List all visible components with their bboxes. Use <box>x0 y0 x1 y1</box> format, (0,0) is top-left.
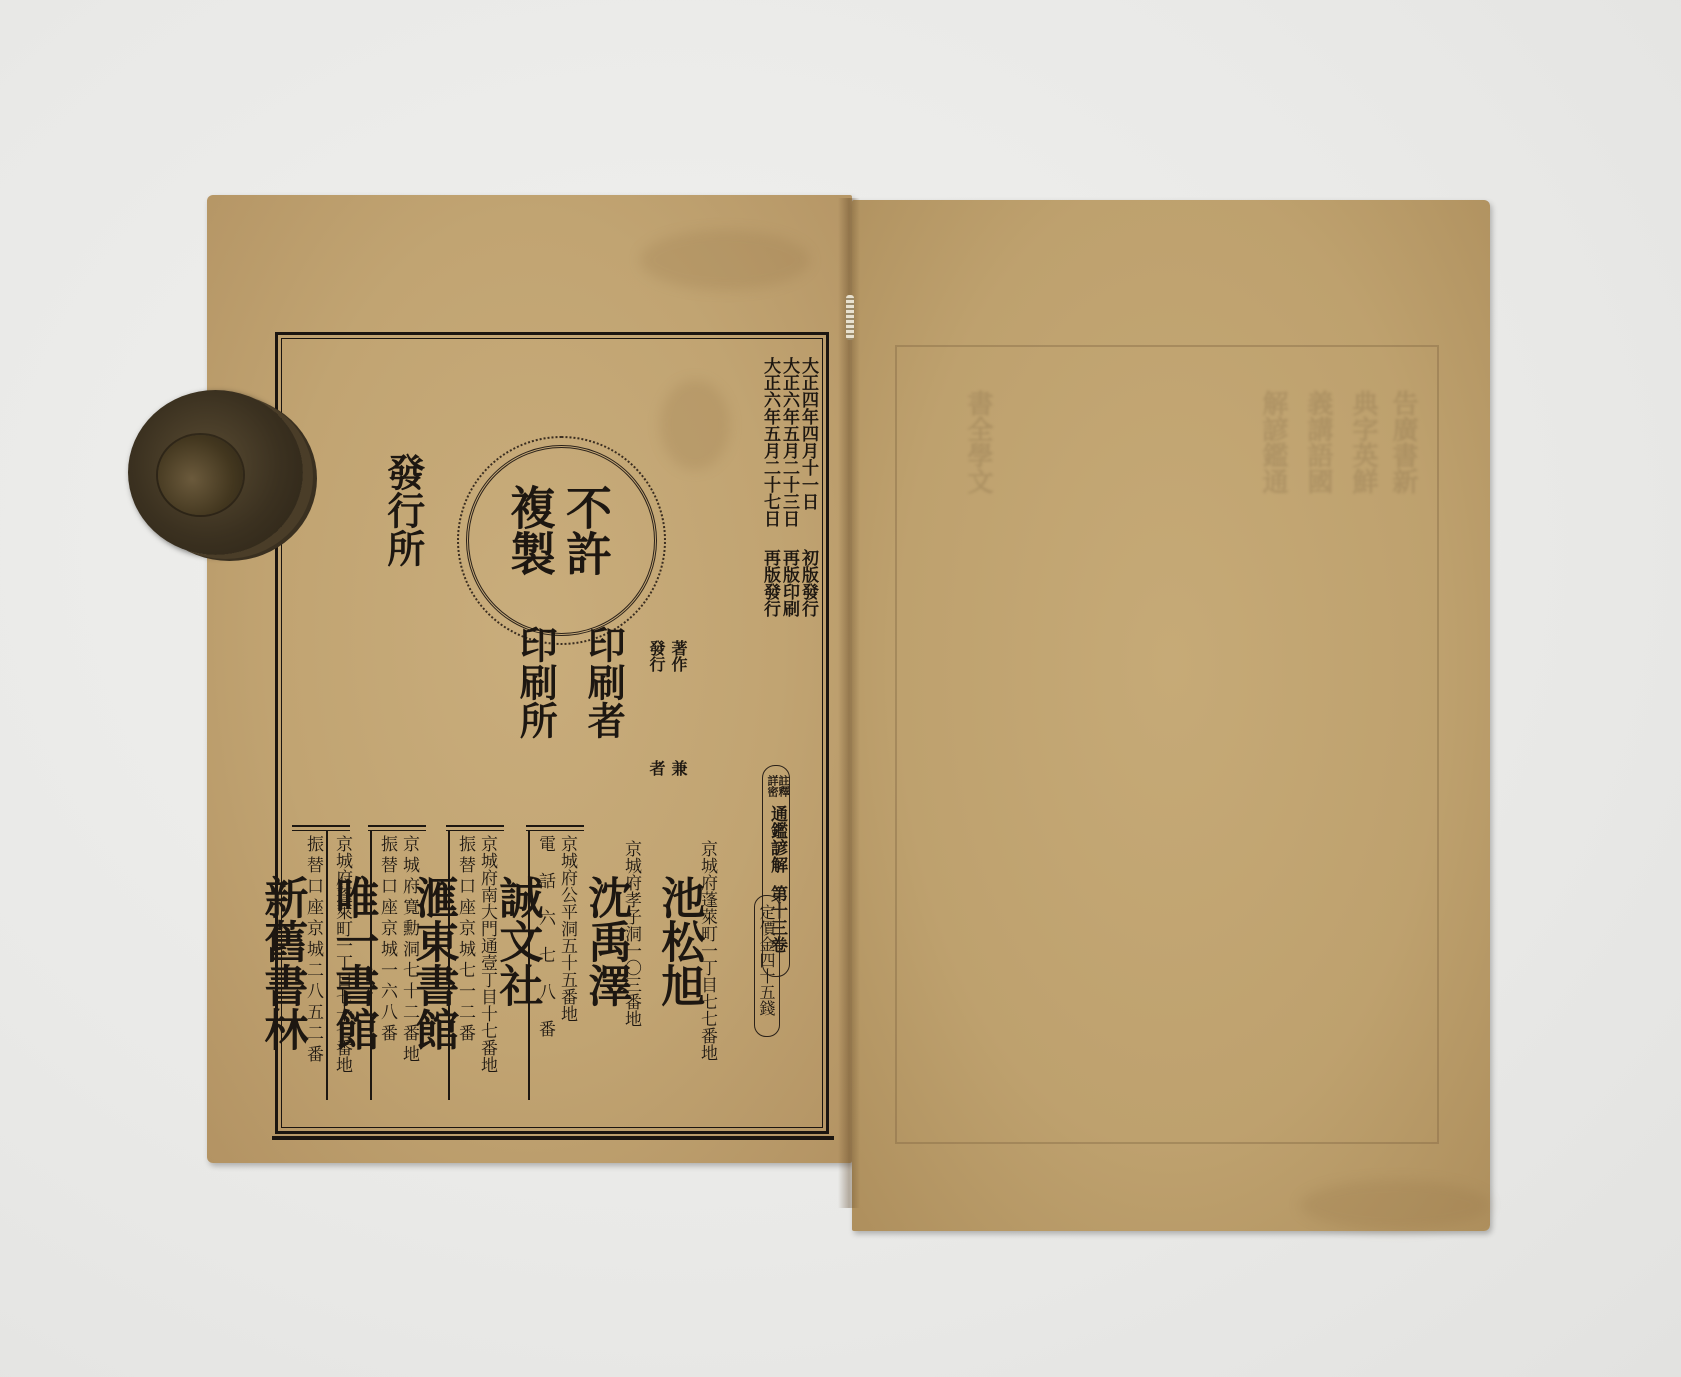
publisher-2-address: 京城府寬勳洞七十二番地 <box>400 835 417 1066</box>
reprint-publish-date: 大正六年五月二十七日 <box>761 357 778 527</box>
bleed-through-text: 書全學文 <box>960 390 997 494</box>
binding-thread <box>846 295 854 340</box>
stamp-line-2: 複製 <box>507 484 553 576</box>
bleed-through-text: 解諺鑑通 <box>1255 390 1292 494</box>
author-name: 池松旭 <box>643 875 713 1007</box>
first-edition-date: 大正四年四月十一日 <box>799 357 816 510</box>
person-label: 者 <box>648 760 664 776</box>
colophon-frame: 大正四年四月十一日 初版發行 大正六年五月二十三日 再版印刷 大正六年五月二十七… <box>275 332 829 1134</box>
reprint-publish-event: 再版發行 <box>761 549 778 617</box>
rule <box>292 825 350 831</box>
rule <box>446 825 504 831</box>
edition-dates: 大正四年四月十一日 初版發行 大正六年五月二十三日 再版印刷 大正六年五月二十七… <box>761 357 816 617</box>
print-shop-label: 印刷所 <box>510 625 561 739</box>
no-reproduction-stamp: 不許 複製 <box>466 445 657 636</box>
book-spine <box>838 198 860 1208</box>
rule <box>526 825 584 831</box>
water-stain <box>1300 1180 1490 1230</box>
printer-name: 沈禹澤 <box>570 875 640 1007</box>
publisher-3-address: 京城府蓬萊町一丁目七十七番地 <box>333 835 350 1073</box>
bleed-through-text: 告廣書新 <box>1385 390 1422 494</box>
reprint-print-event: 再版印刷 <box>780 549 797 617</box>
reprint-print-date: 大正六年五月二十三日 <box>780 357 797 527</box>
rule <box>326 830 328 1100</box>
publisher-1-address: 京城府南大門通壹丁目十七番地 <box>478 835 495 1073</box>
printer-label: 印刷者 <box>578 625 629 739</box>
water-stain <box>640 230 810 290</box>
edition-date-row: 大正四年四月十一日 初版發行 <box>799 357 816 617</box>
print-shop-address: 京城府公平洞五十五番地 <box>558 835 575 1022</box>
and-label: 兼 <box>670 760 686 776</box>
stamp-line-1: 不許 <box>563 484 609 576</box>
title-prefix-2: 註釋 <box>778 775 789 797</box>
bleed-through-text: 典字英鮮 <box>1345 390 1382 494</box>
edition-date-row: 大正六年五月二十七日 再版發行 <box>761 357 778 617</box>
author-role-label: 著作 <box>670 640 686 672</box>
book-title: 通鑑諺解 <box>768 805 785 873</box>
bleed-through-text: 義講語國 <box>1300 390 1337 494</box>
rule <box>368 825 426 831</box>
publishers-label: 發行所 <box>353 453 452 567</box>
publisher-role-label: 發行 <box>648 640 664 672</box>
price-box: 定價金四十五錢 <box>754 895 780 1037</box>
brass-weight <box>128 390 313 560</box>
edition-date-row: 大正六年五月二十三日 再版印刷 <box>780 357 797 617</box>
first-edition-event: 初版發行 <box>799 549 816 617</box>
price: 定價金四十五錢 <box>758 904 774 1016</box>
weight-knob <box>158 435 243 515</box>
publisher-3-name: 新舊書林 <box>252 875 311 1051</box>
